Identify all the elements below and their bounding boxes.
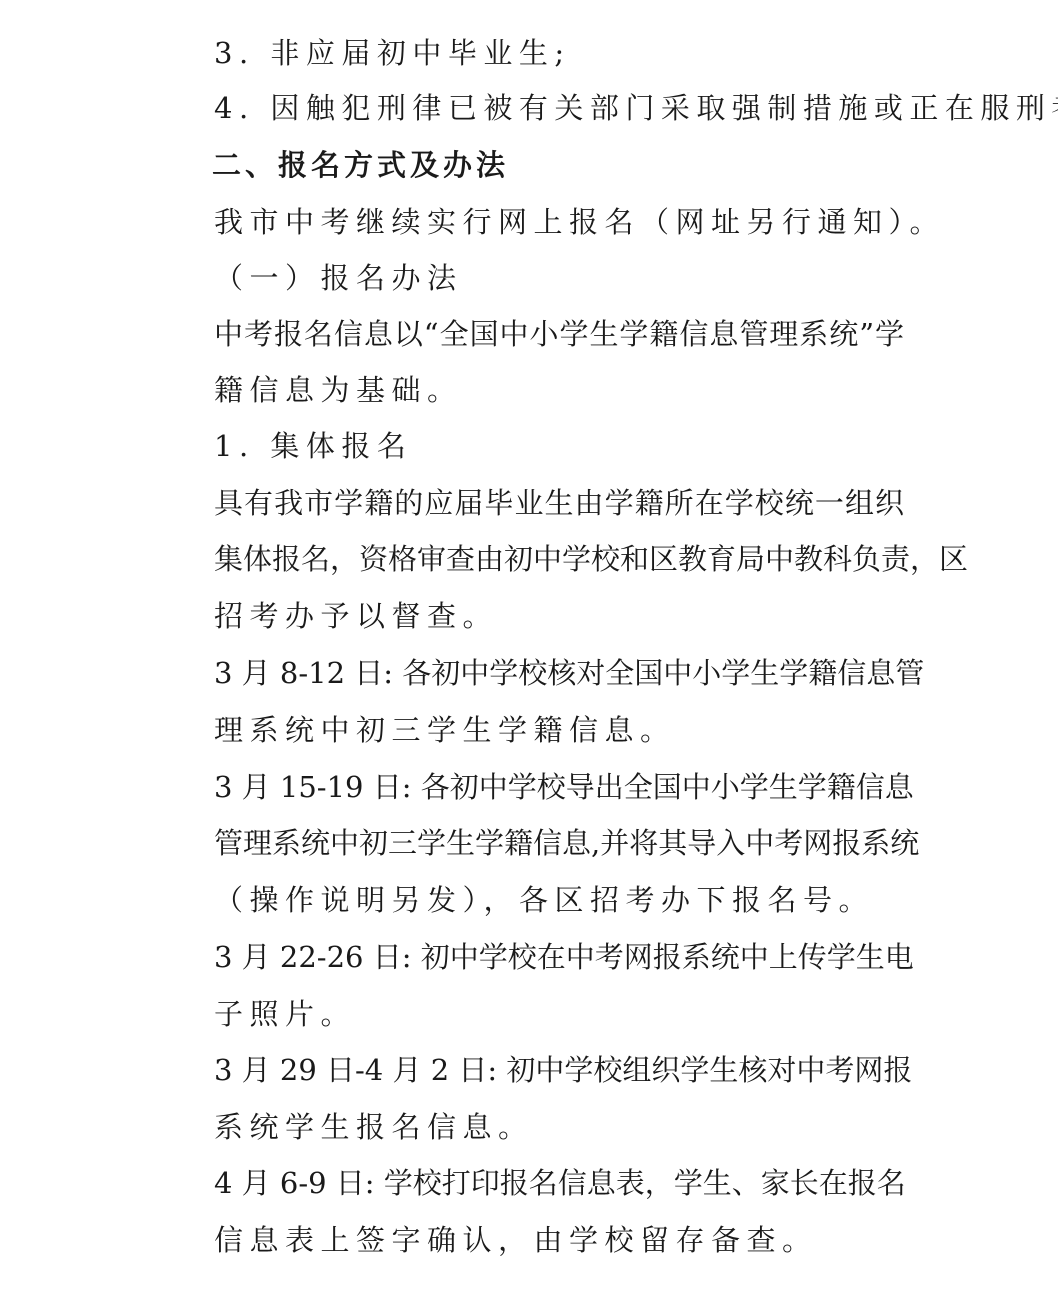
schedule-line: 3 月 29 日-4 月 2 日: 初中学校组织学生核对中考网报: [214, 1050, 904, 1090]
paragraph-line: 我市中考继续实行网上报名（网址另行通知）。: [214, 202, 945, 242]
schedule-line: 信息表上签字确认，由学校留存备查。: [214, 1220, 818, 1260]
paragraph-line: 具有我市学籍的应届毕业生由学籍所在学校统一组织: [214, 483, 904, 523]
list-item-4: 4. 因触犯刑律已被有关部门采取强制措施或正在服刑者。: [214, 88, 1058, 128]
schedule-line: 管理系统中初三学生学籍信息,并将其导入中考网报系统: [214, 823, 904, 863]
paragraph-line: 籍信息为基础。: [214, 370, 463, 410]
section-heading: 二、报名方式及办法: [212, 145, 509, 185]
document-page: 3. 非应届初中毕业生; 4. 因触犯刑律已被有关部门采取强制措施或正在服刑者。…: [0, 0, 1058, 1290]
schedule-line: 理系统中初三学生学籍信息。: [214, 710, 676, 750]
schedule-line: 3 月 15-19 日: 各初中学校导出全国中小学生学籍信息: [214, 767, 904, 807]
subheading-group-registration: 1. 集体报名: [214, 426, 412, 466]
schedule-line: 系统学生报名信息。: [214, 1107, 534, 1147]
schedule-line: 子照片。: [214, 994, 356, 1034]
paragraph-line: 中考报名信息以“全国中小学生学籍信息管理系统”学: [214, 314, 904, 354]
subsection-heading: （一）报名办法: [214, 258, 463, 298]
list-item-3: 3. 非应届初中毕业生;: [214, 33, 571, 73]
schedule-line: 3 月 8-12 日: 各初中学校核对全国中小学生学籍信息管: [214, 653, 904, 693]
paragraph-line: 招考办予以督查。: [214, 596, 498, 636]
schedule-line: 3 月 22-26 日: 初中学校在中考网报系统中上传学生电: [214, 937, 904, 977]
schedule-line: （操作说明另发），各区招考办下报名号。: [214, 880, 874, 920]
paragraph-line: 集体报名，资格审查由初中学校和区教育局中教科负责，区: [214, 539, 904, 579]
schedule-line: 4 月 6-9 日: 学校打印报名信息表，学生、家长在报名: [214, 1163, 904, 1203]
